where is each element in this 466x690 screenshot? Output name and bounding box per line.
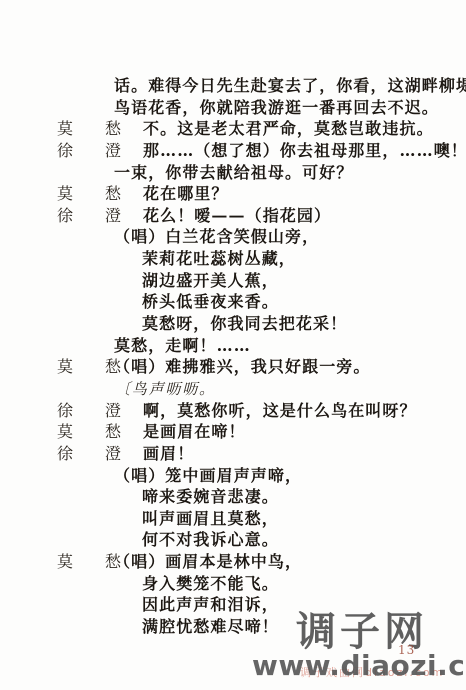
line-text: 桥头低垂夜来香。 <box>142 292 279 312</box>
dialogue-line: 徐澄画眉！ <box>0 444 466 466</box>
text-line: 莫愁，走啊！…… <box>0 336 466 358</box>
speaker-name: 莫愁 <box>57 422 121 442</box>
speaker-name-char: 徐 <box>57 206 73 226</box>
stage-direction-line: 〔鸟声呖呖。 <box>0 379 466 401</box>
speaker-name-char: 徐 <box>57 444 73 464</box>
text-line: 一束，你带去献给祖母。可好？ <box>0 163 466 185</box>
text-line: 桥头低垂夜来香。 <box>0 292 466 314</box>
line-text: 莫愁，走啊！…… <box>114 336 251 356</box>
line-text: 鸟语花香，你就陪我游逛一番再回去不迟。 <box>114 98 439 118</box>
page-number: 13 <box>398 643 415 657</box>
speaker-name-char: 莫 <box>57 552 73 572</box>
speaker-name-char: 莫 <box>57 119 73 139</box>
text-line: 话。难得今日先生赴宴去了，你看，这湖畔柳堤， <box>0 76 466 98</box>
speaker-name: 徐澄 <box>57 444 121 464</box>
speaker-name: 莫愁 <box>57 184 121 204</box>
line-text: （唱）笼中画眉声声啼， <box>114 466 302 486</box>
speaker-name: 莫愁 <box>57 552 121 572</box>
speaker-name-char: 莫 <box>57 422 73 442</box>
text-line: 身入樊笼不能飞。 <box>0 574 466 596</box>
line-text: 满腔忧愁难尽啼！ <box>142 617 279 637</box>
text-line: 湖边盛开美人蕉， <box>0 271 466 293</box>
scanned-script-page: 话。难得今日先生赴宴去了，你看，这湖畔柳堤，鸟语花香，你就陪我游逛一番再回去不迟… <box>0 0 466 690</box>
line-text: （唱）难拂雅兴，我只好跟一旁。 <box>114 357 371 377</box>
line-text: 画眉！ <box>143 444 194 464</box>
line-text: 那……（想了想）你去祖母那里，……噢！我有鲜花 <box>143 141 466 161</box>
speaker-name-char: 愁 <box>105 422 121 442</box>
dialogue-line: 莫愁（唱）难拂雅兴，我只好跟一旁。 <box>0 357 466 379</box>
speaker-name: 徐澄 <box>57 206 121 226</box>
line-text: 何不对我诉心意。 <box>142 530 279 550</box>
speaker-name-char: 莫 <box>57 184 73 204</box>
line-text: 花在哪里？ <box>143 184 229 204</box>
dialogue-line: 莫愁（唱）画眉本是林中鸟， <box>0 552 466 574</box>
line-text: （唱）画眉本是林中鸟， <box>114 552 302 572</box>
speaker-name-char: 澄 <box>105 444 121 464</box>
speaker-name-char: 澄 <box>105 206 121 226</box>
dialogue-line: 莫愁不。这是老太君严命，莫愁岂敢违抗。 <box>0 119 466 141</box>
text-line: 鸟语花香，你就陪我游逛一番再回去不迟。 <box>0 98 466 120</box>
dialogue-line: 徐澄那……（想了想）你去祖母那里，……噢！我有鲜花 <box>0 141 466 163</box>
speaker-name-char: 澄 <box>105 401 121 421</box>
text-line: 茉莉花吐蕊树丛藏， <box>0 249 466 271</box>
speaker-name: 莫愁 <box>57 357 121 377</box>
line-text: 花么！嗳——（指花园） <box>143 206 331 226</box>
line-text: 不。这是老太君严命，莫愁岂敢违抗。 <box>143 119 434 139</box>
dialogue-line: 徐澄花么！嗳——（指花园） <box>0 206 466 228</box>
speaker-name-char: 愁 <box>105 184 121 204</box>
line-text: 啼来委婉音悲凄。 <box>142 487 279 507</box>
line-text: （唱）白兰花含笑假山旁， <box>114 227 319 247</box>
line-text: 茉莉花吐蕊树丛藏， <box>142 249 296 269</box>
line-text: 因此声声和泪诉， <box>142 595 279 615</box>
line-text: 叫声画眉且莫愁， <box>142 509 279 529</box>
line-text: 湖边盛开美人蕉， <box>142 271 279 291</box>
text-line: （唱）笼中画眉声声啼， <box>0 466 466 488</box>
text-line: 叫声画眉且莫愁， <box>0 509 466 531</box>
text-line: 何不对我诉心意。 <box>0 530 466 552</box>
speaker-name: 徐澄 <box>57 141 121 161</box>
line-text: 莫愁呀，你我同去把花采！ <box>142 314 347 334</box>
dialogue-line: 莫愁是画眉在啼！ <box>0 422 466 444</box>
text-line: 莫愁呀，你我同去把花采！ <box>0 314 466 336</box>
script-text-block: 话。难得今日先生赴宴去了，你看，这湖畔柳堤，鸟语花香，你就陪我游逛一番再回去不迟… <box>0 76 466 639</box>
speaker-name: 莫愁 <box>57 119 121 139</box>
line-text: 话。难得今日先生赴宴去了，你看，这湖畔柳堤， <box>114 76 466 96</box>
speaker-name-char: 徐 <box>57 401 73 421</box>
text-line: 啼来委婉音悲凄。 <box>0 487 466 509</box>
dialogue-line: 徐澄啊，莫愁你听，这是什么鸟在叫呀？ <box>0 401 466 423</box>
line-text: 身入樊笼不能飞。 <box>142 574 279 594</box>
speaker-name: 徐澄 <box>57 401 121 421</box>
line-text: 〔鸟声呖呖。 <box>115 379 216 399</box>
speaker-name-char: 徐 <box>57 141 73 161</box>
speaker-name-char: 澄 <box>105 141 121 161</box>
text-line: （唱）白兰花含笑假山旁， <box>0 227 466 249</box>
line-text: 啊，莫愁你听，这是什么鸟在叫呀？ <box>143 401 417 421</box>
speaker-name-char: 莫 <box>57 357 73 377</box>
line-text: 是画眉在啼！ <box>143 422 246 442</box>
dialogue-line: 莫愁花在哪里？ <box>0 184 466 206</box>
watermark-site-url: www.diaozi.com <box>252 649 466 682</box>
line-text: 一束，你带去献给祖母。可好？ <box>114 163 353 183</box>
speaker-name-char: 愁 <box>105 119 121 139</box>
